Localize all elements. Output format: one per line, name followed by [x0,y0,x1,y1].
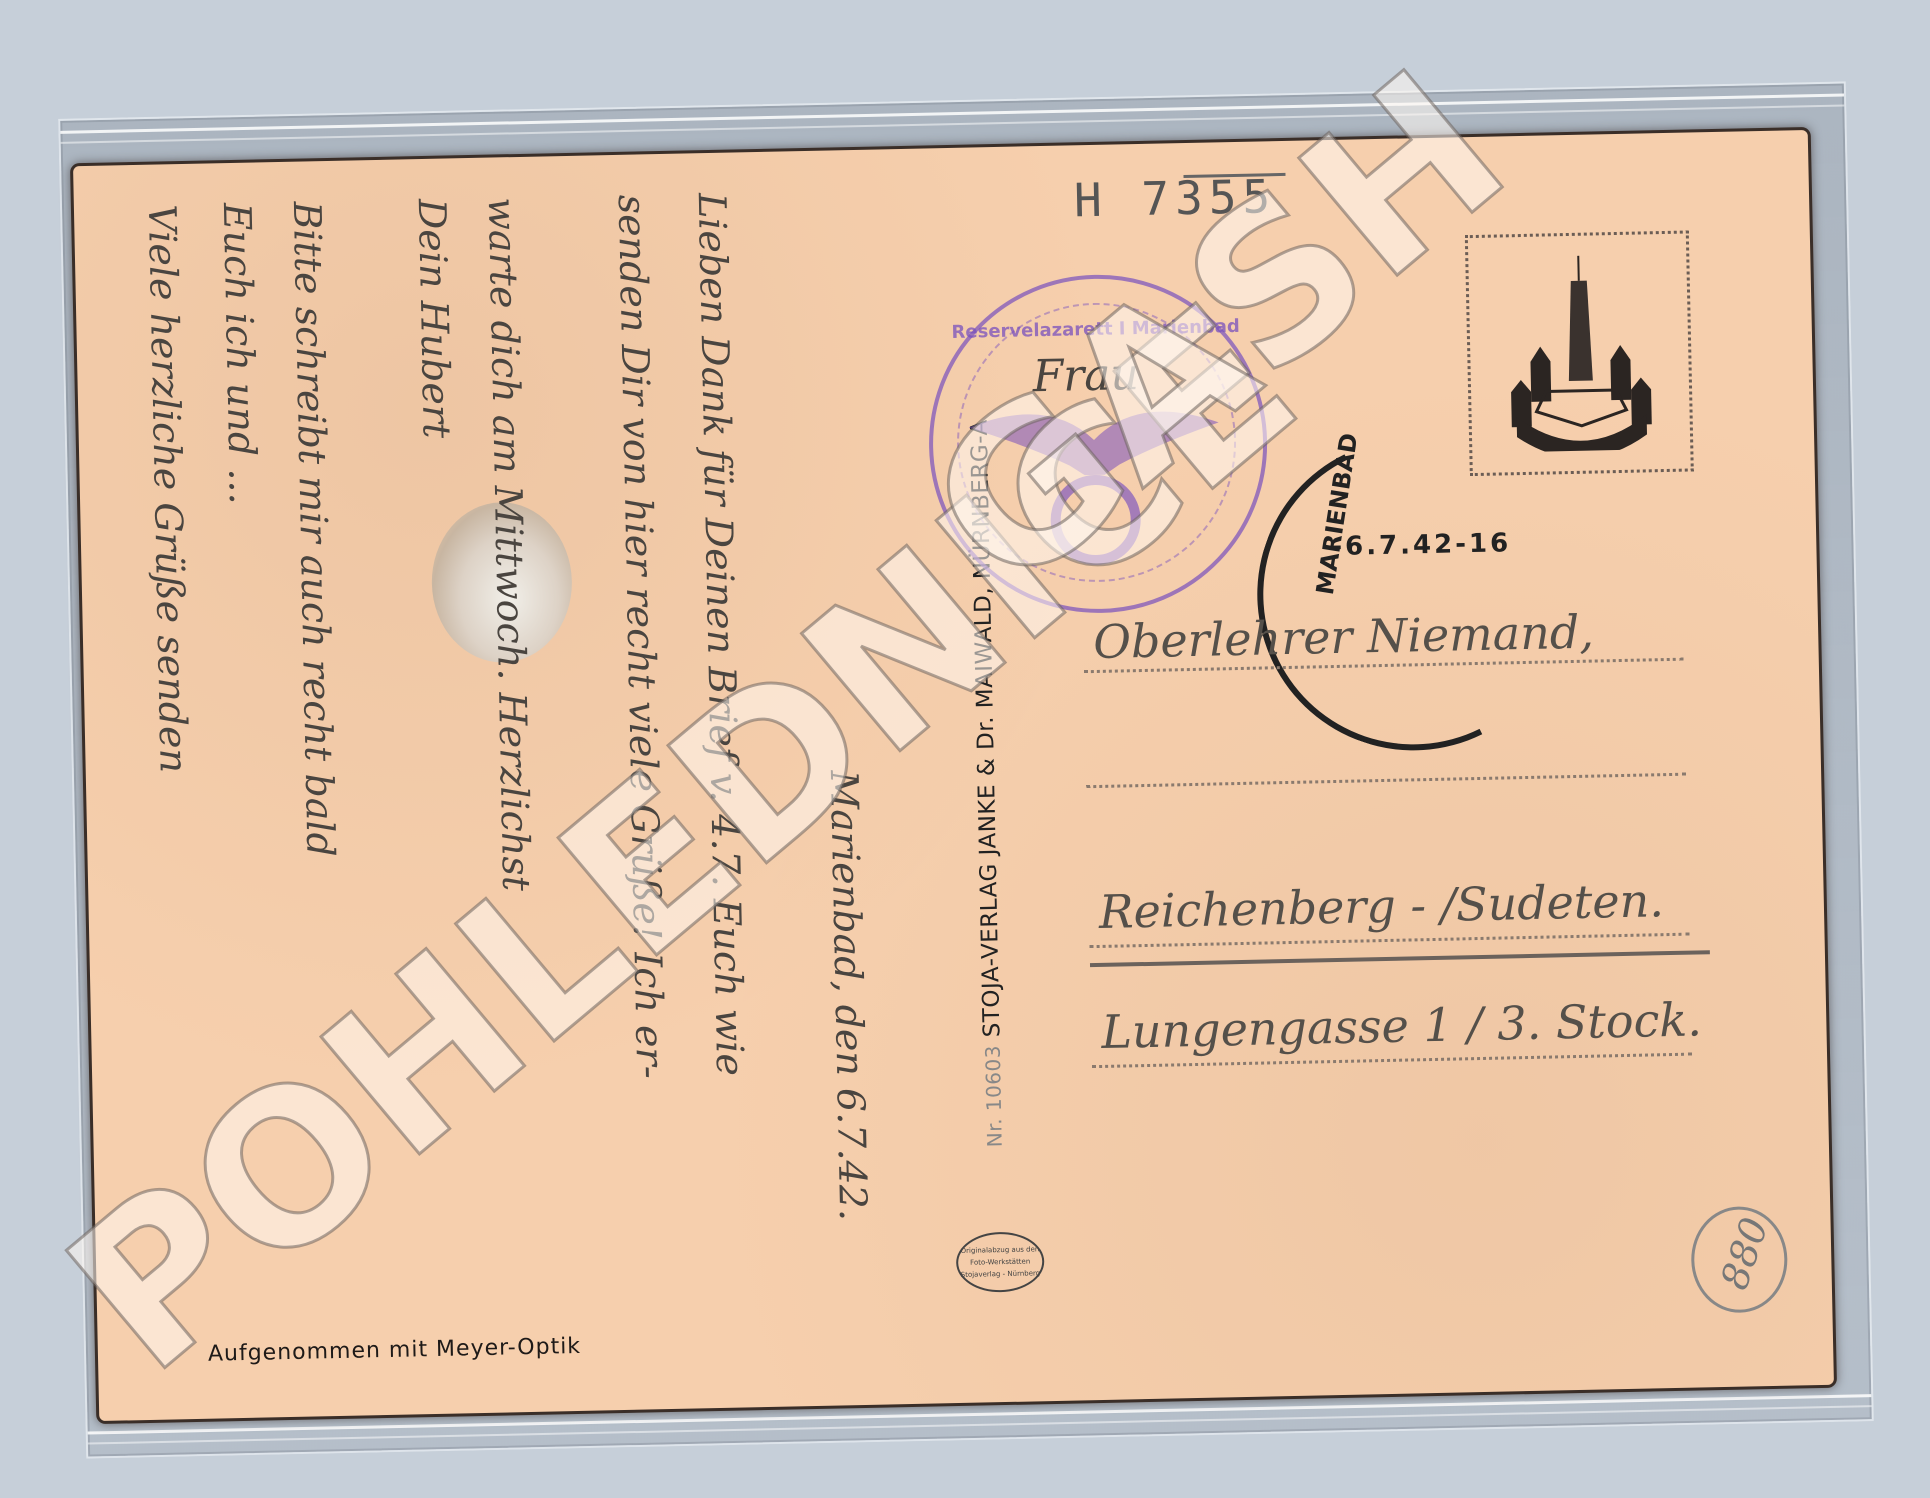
message-line: Euch ich und ... [215,202,265,504]
message-date: Marienbad, den 6.7.42. [822,770,875,1221]
address-dotted-line [1086,773,1686,789]
price-mark: 880 [1712,1212,1777,1295]
message-line: warte dich am Mittwoch. Herzlichst [480,197,539,892]
message-line: Lieben Dank für Deinen Brief v. 4.7. Euc… [690,192,752,1076]
message-line: Viele herzliche Grüße senden [140,204,196,773]
postmark-date: -6.7.42-16 [1331,528,1511,562]
price-circle: 880 [1690,1206,1788,1314]
message-line: Bitte schreibt mir auch recht bald [285,201,343,857]
address-line: Lungengasse 1 / 3. Stock. [1101,992,1702,1059]
salutation: Frau [1032,349,1139,402]
address-underline [1090,950,1710,967]
photo-credit: Aufgenommen mit Meyer-Optik [208,1334,582,1367]
oval-stamp-line: Stojaverlag - Nürnberg [958,1267,1042,1281]
reference-number: H 7355 [1073,169,1276,227]
message-line: Dein Hubert [410,198,459,438]
fountain-colonnade-icon [1498,249,1662,452]
postcard: H 7355 Viele herzliche Grüße senden Euch… [73,130,1834,1421]
catalog-number: Nr. 10603 [981,1045,1007,1148]
message-line: senden Dir von hier recht viele Grüße! I… [610,194,673,1079]
address-line: Oberlehrer Niemand, [1093,605,1595,669]
address-line: Reichenberg - /Sudeten. [1098,873,1664,939]
censor-stamp: Reservelazarett I Marienbad [926,271,1271,616]
studio-oval-stamp: Originalabzug aus den Foto-Werkstätten S… [956,1231,1045,1293]
imprinted-stamp [1465,230,1694,476]
